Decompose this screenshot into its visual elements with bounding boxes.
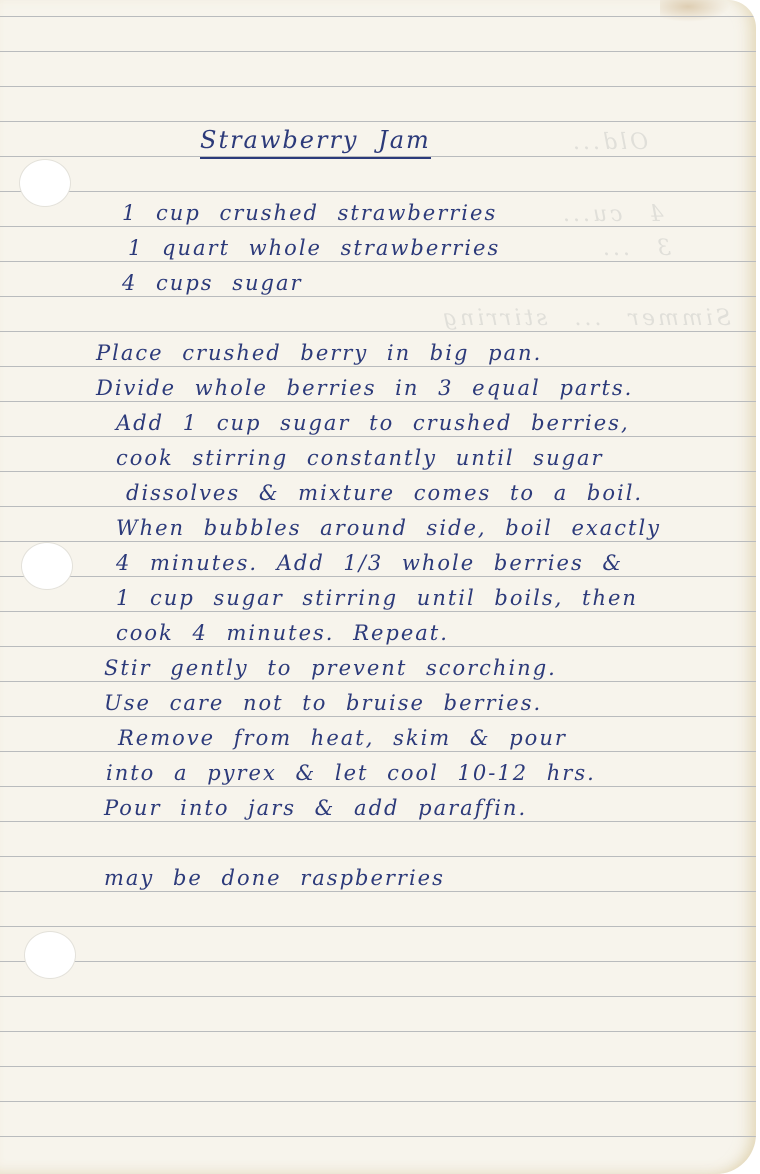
bleed-through-text: 4 cu... [560,202,663,227]
ruled-line [0,1101,756,1102]
instruction-line: When bubbles around side, boil exactly [116,518,661,539]
ruled-line [0,331,756,332]
instruction-line: Divide whole berries in 3 equal parts. [96,378,633,399]
instruction-line: Stir gently to prevent scorching. [104,658,557,679]
recipe-note: may be done raspberries [104,868,445,889]
ruled-line [0,646,756,647]
instruction-line: Place crushed berry in big pan. [96,343,542,364]
ruled-line [0,261,756,262]
notebook-page: Old... 4 cu... 3 ... Simmer ... stirring… [0,0,756,1174]
punch-hole [25,932,75,978]
ruled-line [0,541,756,542]
instruction-line: Remove from heat, skim & pour [118,728,567,749]
ruled-line [0,576,756,577]
instruction-line: cook stirring constantly until sugar [116,448,604,469]
bleed-through-text: Old... [570,130,648,155]
ruled-line [0,296,756,297]
ingredient-line: 1 quart whole strawberries [128,238,500,259]
ruled-line [0,436,756,437]
ruled-line [0,366,756,367]
bleed-through-text: Simmer ... stirring [440,306,731,331]
ruled-line [0,51,756,52]
ruled-line [0,401,756,402]
ingredient-line: 1 cup crushed strawberries [122,203,497,224]
bleed-through-text: 3 ... [600,236,671,261]
instruction-line: dissolves & mixture comes to a boil. [126,483,643,504]
punch-hole [20,160,70,206]
instruction-line: into a pyrex & let cool 10-12 hrs. [106,763,596,784]
ruled-line [0,751,756,752]
ruled-line [0,611,756,612]
instruction-line: Add 1 cup sugar to crushed berries, [116,413,630,434]
ruled-line [0,716,756,717]
ruled-line [0,856,756,857]
instruction-line: 4 minutes. Add 1/3 whole berries & [116,553,623,574]
ruled-line [0,86,756,87]
ruled-line [0,471,756,472]
ruled-line [0,786,756,787]
ruled-line [0,1066,756,1067]
ruled-line [0,961,756,962]
ruled-line [0,821,756,822]
ruled-line [0,996,756,997]
ruled-line [0,16,756,17]
punch-hole [22,543,72,589]
ruled-line [0,191,756,192]
instruction-line: cook 4 minutes. Repeat. [116,623,449,644]
ruled-line [0,1136,756,1137]
ruled-line [0,681,756,682]
recipe-title: Strawberry Jam [200,128,431,159]
instruction-line: Pour into jars & add paraffin. [104,798,527,819]
ruled-line [0,891,756,892]
ruled-line [0,1031,756,1032]
ruled-line [0,506,756,507]
ruled-line [0,121,756,122]
instruction-line: Use care not to bruise berries. [104,693,542,714]
ingredient-line: 4 cups sugar [122,273,303,294]
paper-stain [660,0,730,22]
ruled-line [0,926,756,927]
instruction-line: 1 cup sugar stirring until boils, then [116,588,638,609]
